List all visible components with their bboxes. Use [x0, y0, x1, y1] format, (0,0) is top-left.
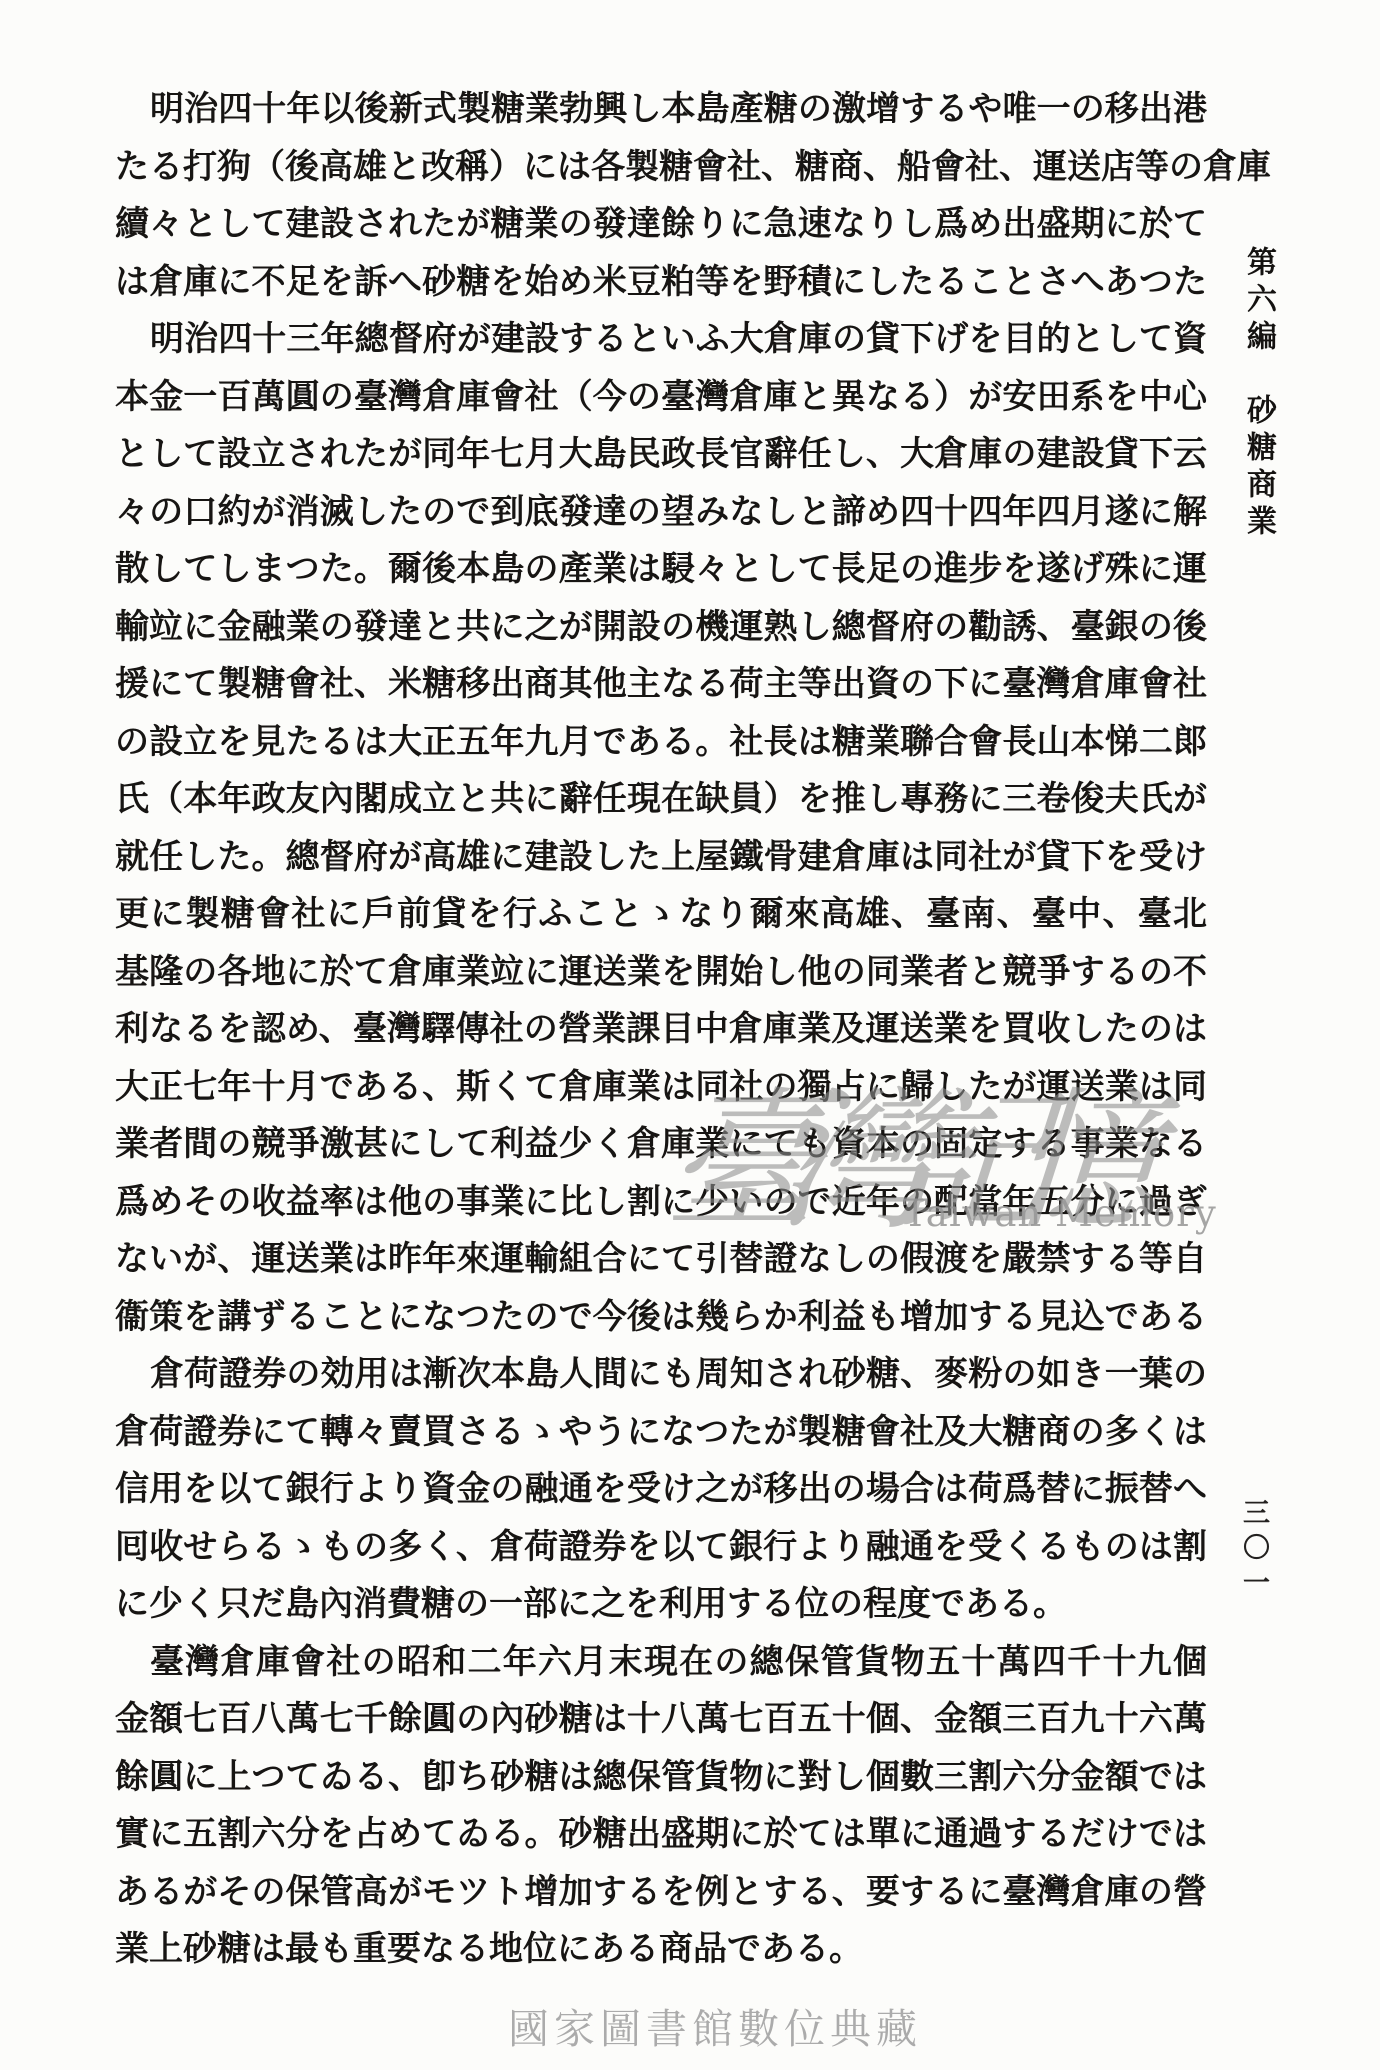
text-line: 々の口約が消滅したので到底發達の望みなしと諦め四十四年四月遂に解 [115, 483, 1207, 541]
scanned-book-page: 明治四十年以後新式製糖業勃興し本島產糖の激增するや唯一の移出港たる打狗（後高雄と… [0, 0, 1380, 2070]
text-line: 衞策を講ずることになつたので今後は幾らか利益も增加する見込である [115, 1288, 1207, 1346]
text-line: 臺灣倉庫會社の昭和二年六月末現在の總保管貨物五十萬四千十九個 [115, 1633, 1207, 1691]
text-line: 金額七百八萬七千餘圓の內砂糖は十八萬七百五十個、金額三百九十六萬 [115, 1690, 1207, 1748]
text-line: 囘收せらるゝもの多く、倉荷證券を以て銀行より融通を受くるものは割 [115, 1518, 1207, 1576]
text-line: 明治四十三年總督府が建設するといふ大倉庫の貸下げを目的として資 [115, 310, 1207, 368]
text-line: 氏（本年政友內閣成立と共に辭任現在缺員）を推し專務に三卷俊夫氏が [115, 770, 1207, 828]
page-number: 三〇一 [1234, 1498, 1273, 1603]
text-line: 輸竝に金融業の發達と共に之が開設の機運熟し總督府の勸誘、臺銀の後 [115, 598, 1207, 656]
body-text: 明治四十年以後新式製糖業勃興し本島產糖の激增するや唯一の移出港たる打狗（後高雄と… [115, 80, 1207, 1978]
text-line: 援にて製糖會社、米糖移出商其他主なる荷主等出資の下に臺灣倉庫會社 [115, 655, 1207, 713]
text-line: 散してしまつた。爾後本島の產業は駸々として長足の進步を遂げ殊に運 [115, 540, 1207, 598]
text-line: 本金一百萬圓の臺灣倉庫會社（今の臺灣倉庫と異なる）が安田系を中心 [115, 368, 1207, 426]
text-line: 更に製糖會社に戶前貸を行ふことゝなり爾來高雄、臺南、臺中、臺北 [115, 885, 1207, 943]
text-line: 利なるを認め、臺灣驛傳社の營業課目中倉庫業及運送業を買收したのは [115, 1000, 1207, 1058]
chapter-margin-label: 第六編 砂糖商業 [1236, 246, 1280, 606]
text-line: に少く只だ島內消費糖の一部に之を利用する位の程度である。 [115, 1575, 1207, 1633]
text-line: 信用を以て銀行より資金の融通を受け之が移出の場合は荷爲替に振替へ [115, 1460, 1207, 1518]
text-line: 餘圓に上つてゐる、卽ち砂糖は總保管貨物に對し個數三割六分金額では [115, 1748, 1207, 1806]
text-line: 業者間の競爭激甚にして利益少く倉庫業にても資本の固定する事業なる [115, 1115, 1207, 1173]
text-line: の設立を見たるは大正五年九月である。社長は糖業聯合會長山本悌二郞 [115, 713, 1207, 771]
text-line: 基隆の各地に於て倉庫業竝に運送業を開始し他の同業者と競爭するの不 [115, 943, 1207, 1001]
text-line: ないが、運送業は昨年來運輸組合にて引替證なしの假渡を嚴禁する等自 [115, 1230, 1207, 1288]
library-archive-stamp: 國家圖書館數位典藏 [508, 1996, 922, 2055]
text-line: 明治四十年以後新式製糖業勃興し本島產糖の激增するや唯一の移出港 [115, 80, 1207, 138]
text-line: あるがその保管高がモツト增加するを例とする、要するに臺灣倉庫の營 [115, 1863, 1207, 1921]
text-line: 倉荷證券にて轉々賣買さるゝやうになつたが製糖會社及大糖商の多くは [115, 1403, 1207, 1461]
text-line: 續々として建設されたが糖業の發達餘りに急速なりし爲め出盛期に於て [115, 195, 1207, 253]
text-line: は倉庫に不足を訴へ砂糖を始め米豆粕等を野積にしたることさへあつた [115, 253, 1207, 311]
text-line: 倉荷證券の効用は漸次本島人間にも周知され砂糖、麥粉の如き一葉の [115, 1345, 1207, 1403]
text-line: 就任した。總督府が高雄に建設した上屋鐵骨建倉庫は同社が貸下を受け [115, 828, 1207, 886]
text-line: たる打狗（後高雄と改稱）には各製糖會社、糖商、船會社、運送店等の倉庫 [115, 138, 1207, 196]
text-line: 業上砂糖は最も重要なる地位にある商品である。 [115, 1920, 1207, 1978]
text-line: 大正七年十月である、斯くて倉庫業は同社の獨占に歸したが運送業は同 [115, 1058, 1207, 1116]
text-line: 爲めその收益率は他の事業に比し割に少いので近年の配當年五分に過ぎ [115, 1173, 1207, 1231]
text-line: として設立されたが同年七月大島民政長官辭任し、大倉庫の建設貸下云 [115, 425, 1207, 483]
text-line: 實に五割六分を占めてゐる。砂糖出盛期に於ては單に通過するだけでは [115, 1805, 1207, 1863]
